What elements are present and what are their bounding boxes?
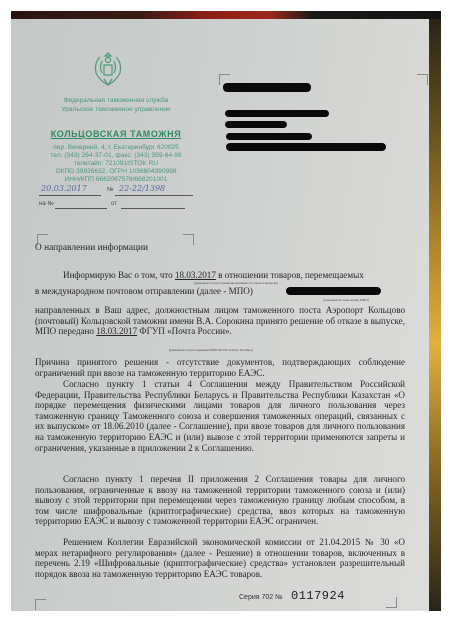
org-name-line1: Федеральная таможенная служба — [31, 97, 201, 105]
redacted-address-line1 — [225, 110, 329, 117]
transfer-date: 18.03.2017 — [96, 326, 137, 336]
background-top-edge — [11, 11, 441, 19]
ref-underline — [55, 208, 107, 209]
p1-text-a: Информирую Вас о том, что — [63, 270, 175, 280]
paragraph-1-line1: Информирую Вас о том, что 18.03.2017 в о… — [35, 270, 405, 281]
paragraph-5: Решением Коллегии Евразийской экономичес… — [35, 537, 405, 579]
caption-transfer-date: (указывается дата передачи МПО ФГУП «Поч… — [151, 348, 271, 352]
paragraph-2: Причина принятого решения - отсутствие д… — [35, 357, 405, 378]
paragraph-1-line3: направленных в Ваш адрес, должностным ли… — [35, 305, 405, 337]
org-address: пер. Вечерний, 4, г. Екатеринбург 620025 — [31, 144, 201, 152]
redacted-address-line3 — [226, 133, 312, 140]
paragraph-3: Согласно пункту 1 статьи 4 Соглашения ме… — [35, 379, 405, 453]
redacted-recipient-name — [223, 83, 311, 92]
document-photo: Федеральная таможенная служба Уральское … — [11, 11, 441, 611]
redacted-address-line4 — [226, 143, 386, 151]
org-name-line2: Уральское таможенное управление — [31, 106, 201, 114]
paragraph-4: Согласно пункту 1 перечня II приложения … — [35, 474, 405, 527]
ref-label: на № — [39, 201, 54, 207]
number-underline — [115, 195, 193, 196]
subject-line: О направлении информации — [35, 243, 405, 254]
number-label: № — [107, 187, 113, 193]
letter-sheet: Федеральная таможенная служба Уральское … — [11, 19, 429, 611]
redacted-tracking-number — [286, 287, 381, 295]
org-phone: тел. (343) 264-37-01, факс: (343) 359-64… — [31, 152, 201, 160]
from-underline — [121, 208, 185, 209]
decision-date: 18.03.2017 — [175, 270, 216, 280]
p1-text-b: в отношении товаров, перемещаемых — [216, 270, 364, 280]
org-teletype: телетайп: 721091ISTOK RU — [31, 160, 201, 168]
series-label: Серия 702 № — [239, 594, 283, 601]
letter-date: 20.03.2017 — [41, 184, 87, 193]
caption-tracking-number: (указывается трек-номер МПО) — [301, 298, 391, 302]
address-corner-tr — [417, 74, 428, 85]
russian-coat-of-arms-icon — [90, 49, 126, 91]
org-okpo: ОКПО 39926632, ОГРН 1036604390998 — [31, 168, 201, 176]
redacted-address-line2 — [225, 121, 287, 128]
org-inn: ИНН/КПП 6662067576/668201001 — [31, 176, 201, 184]
org-title: КОЛЬЦОВСКАЯ ТАМОЖНЯ — [41, 129, 191, 139]
caption-decision-date: (указывается дата принятия решения об от… — [161, 281, 311, 285]
bottom-corner-right — [386, 597, 397, 608]
bottom-corner-left — [35, 599, 46, 610]
date-underline — [39, 195, 101, 196]
background-right-edge — [427, 19, 441, 611]
series-number: 0117924 — [291, 589, 345, 603]
from-label: от — [111, 201, 117, 207]
letter-number: 22-22/1398 — [119, 184, 165, 193]
p1-text-e: ФГУП «Почта России». — [137, 326, 232, 336]
